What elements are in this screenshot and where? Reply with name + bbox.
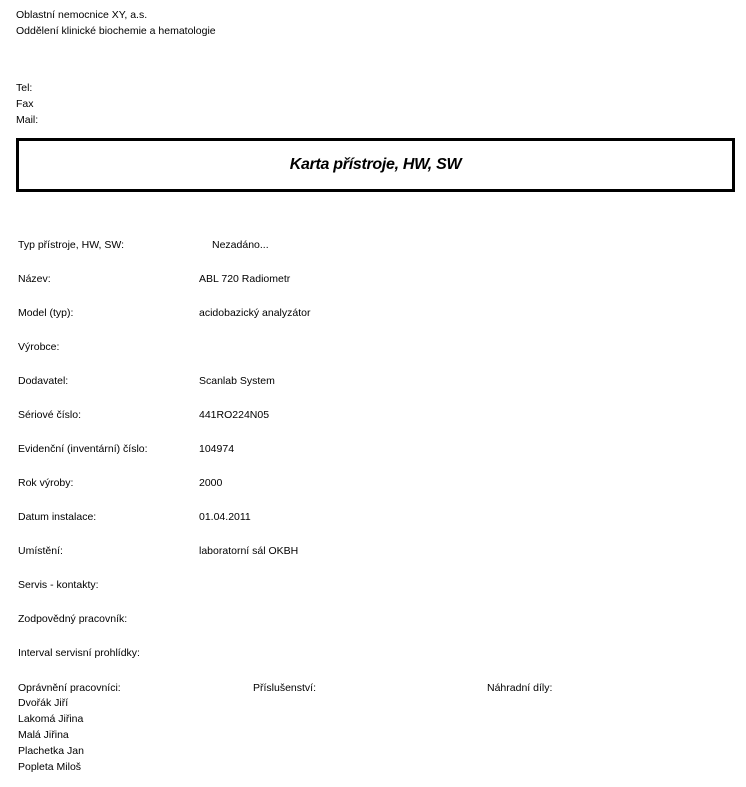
worker-list-item: Plachetka Jan [18,745,84,757]
worker-list-item: Lakomá Jiřina [18,713,83,725]
field-label-name: Název: [18,273,51,285]
field-label-manufacturer: Výrobce: [18,341,59,353]
contact-tel-label: Tel: [16,82,32,94]
department-name: Oddělení klinické biochemie a hematologi… [16,25,216,37]
field-label-service-contacts: Servis - kontakty: [18,579,99,591]
page-title: Karta přístroje, HW, SW [290,156,462,174]
field-value-inventory-number: 104974 [199,443,234,455]
authorized-workers-heading: Oprávnění pracovníci: [18,682,121,694]
accessories-heading: Příslušenství: [253,682,316,694]
field-value-year: 2000 [199,477,222,489]
field-value-name: ABL 720 Radiometr [199,273,290,285]
contact-mail-label: Mail: [16,114,38,126]
organization-name: Oblastní nemocnice XY, a.s. [16,9,147,21]
field-value-device-type: Nezadáno... [212,239,269,251]
field-label-inventory-number: Evidenční (inventární) číslo: [18,443,148,455]
field-label-serial-number: Sériové číslo: [18,409,81,421]
field-label-location: Umístění: [18,545,63,557]
field-value-model: acidobazický analyzátor [199,307,310,319]
contact-fax-label: Fax [16,98,34,110]
worker-list-item: Malá Jiřina [18,729,69,741]
field-value-serial-number: 441RO224N05 [199,409,269,421]
field-value-install-date: 01.04.2011 [199,511,251,523]
field-label-device-type: Typ přístroje, HW, SW: [18,239,124,251]
field-label-install-date: Datum instalace: [18,511,96,523]
field-label-responsible-worker: Zodpovědný pracovník: [18,613,127,625]
field-label-model: Model (typ): [18,307,73,319]
field-label-year: Rok výroby: [18,477,73,489]
field-label-supplier: Dodavatel: [18,375,68,387]
spare-parts-heading: Náhradní díly: [487,682,552,694]
worker-list-item: Dvořák Jiří [18,697,68,709]
field-value-location: laboratorní sál OKBH [199,545,298,557]
title-box: Karta přístroje, HW, SW [16,138,735,192]
field-label-service-interval: Interval servisní prohlídky: [18,647,140,659]
field-value-supplier: Scanlab System [199,375,275,387]
worker-list-item: Popleta Miloš [18,761,81,773]
